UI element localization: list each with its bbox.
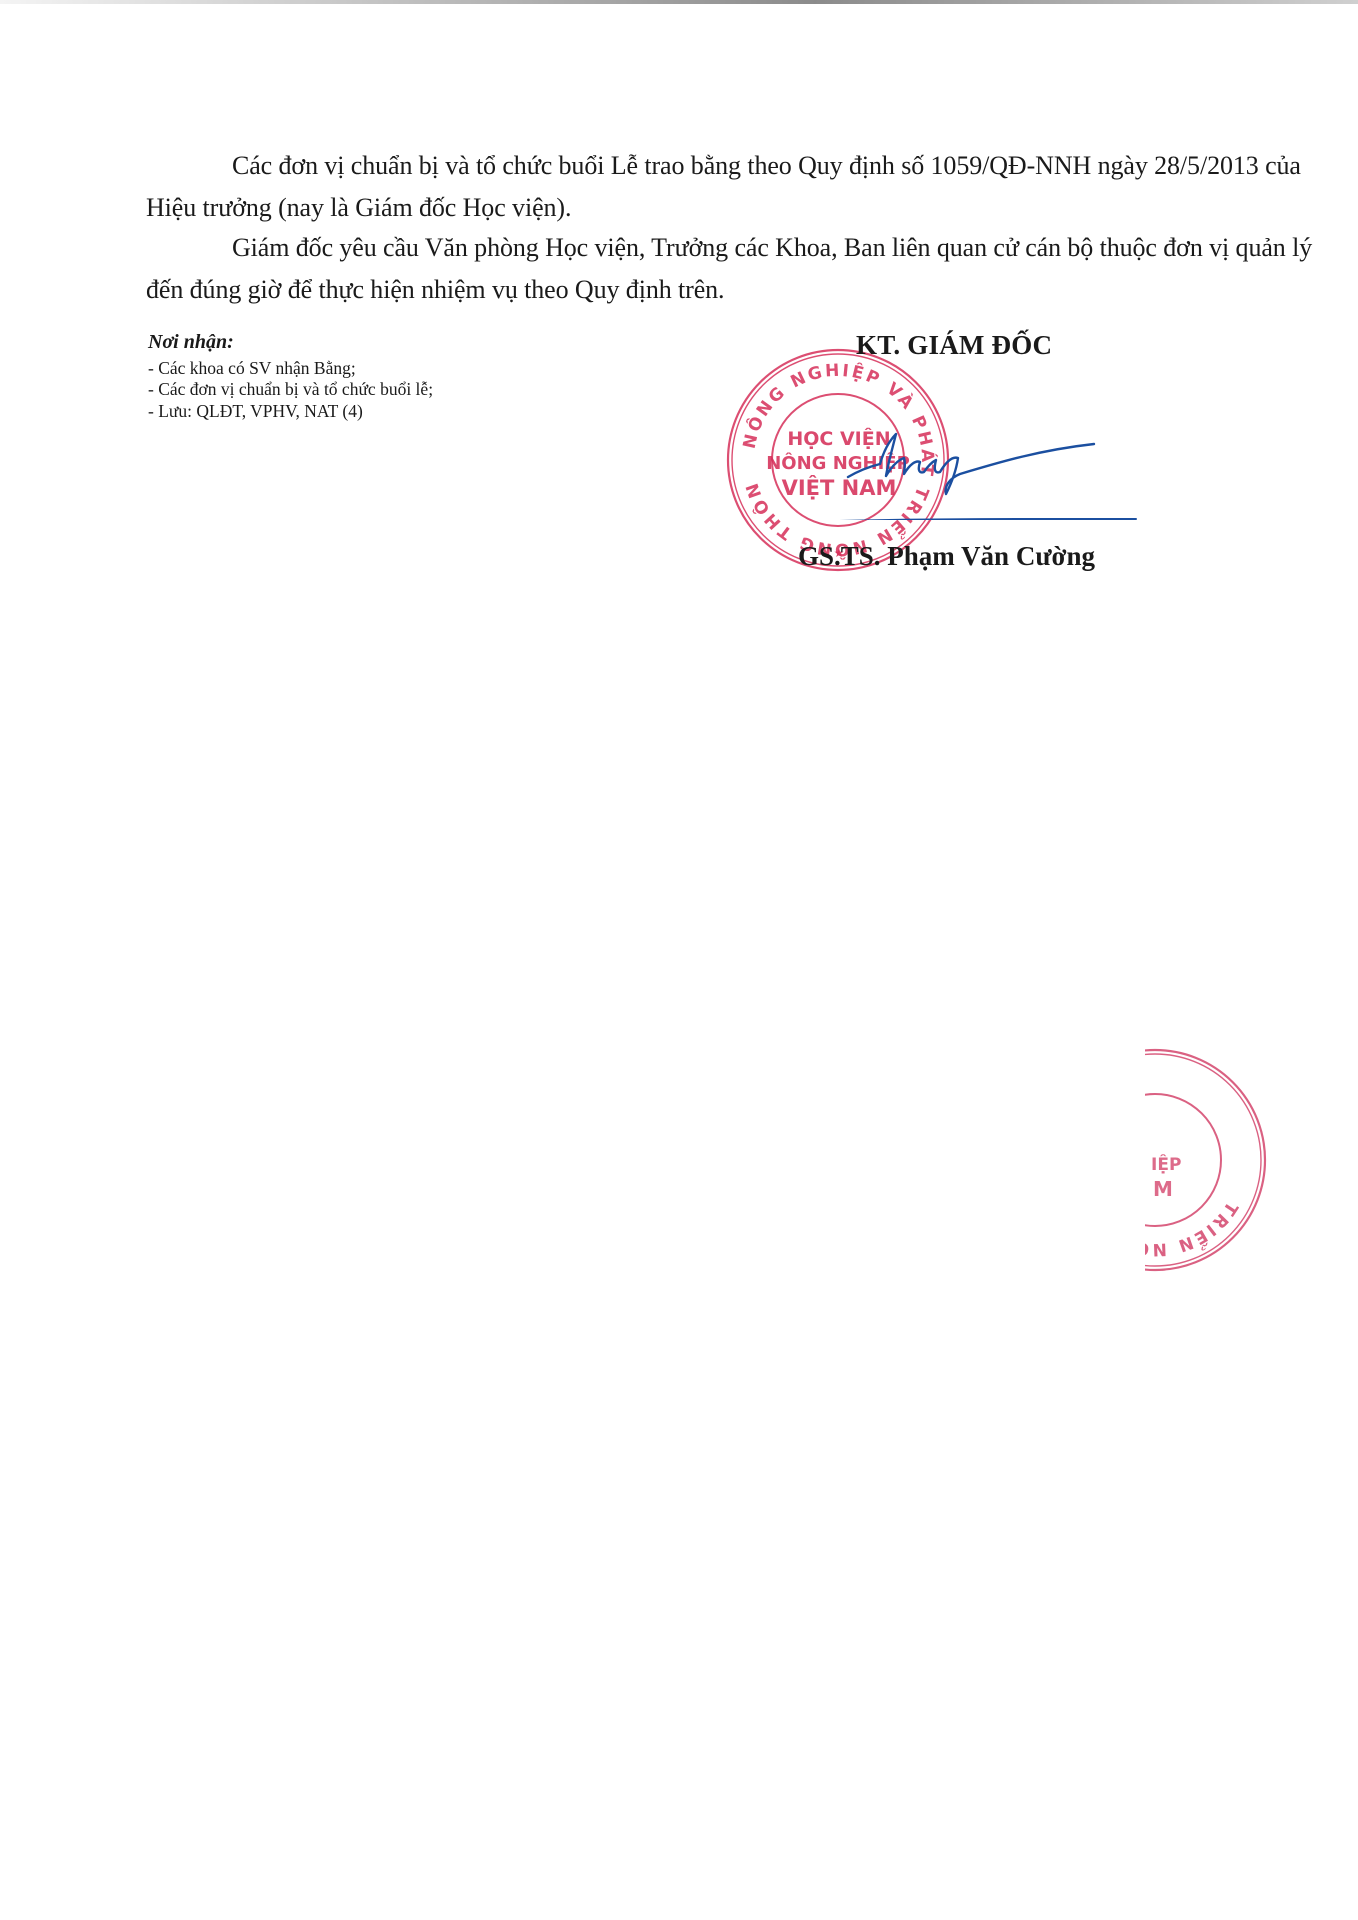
svg-text:TRIỂN NÔNG THÔN: TRIỂN NÔNG THÔN xyxy=(1056,1163,1242,1261)
paragraph-director-request: Giám đốc yêu cầu Văn phòng Học viện, Trư… xyxy=(146,227,1316,311)
recipient-item: - Các khoa có SV nhận Bằng; xyxy=(148,358,433,380)
recipients-heading: Nơi nhận: xyxy=(148,332,433,354)
recipient-item: - Các đơn vị chuẩn bị và tổ chức buổi lễ… xyxy=(148,379,433,401)
paragraph-text: Giám đốc yêu cầu Văn phòng Học viện, Trư… xyxy=(146,233,1312,304)
partial-seal-icon: TRIỂN NÔNG THÔN IỆP M xyxy=(1035,1040,1275,1280)
handwritten-signature-icon xyxy=(800,420,1140,520)
partial-seal-fragment: M xyxy=(1153,1177,1173,1201)
recipient-item: - Lưu: QLĐT, VPHV, NAT (4) xyxy=(148,401,433,423)
signer-name: GS.TS. Phạm Văn Cường xyxy=(798,541,1095,572)
recipients-block: Nơi nhận: - Các khoa có SV nhận Bằng; - … xyxy=(148,332,433,422)
signature-title: KT. GIÁM ĐỐC xyxy=(856,330,1052,361)
paragraph-ceremony-regulation: Các đơn vị chuẩn bị và tổ chức buổi Lễ t… xyxy=(146,145,1316,229)
document-page: Các đơn vị chuẩn bị và tổ chức buổi Lễ t… xyxy=(0,0,1358,1920)
partial-seal-fragment: IỆP xyxy=(1151,1153,1181,1175)
partial-seal-ring-text: TRIỂN NÔNG THÔN xyxy=(1056,1163,1242,1261)
paragraph-text: Các đơn vị chuẩn bị và tổ chức buổi Lễ t… xyxy=(146,151,1301,222)
